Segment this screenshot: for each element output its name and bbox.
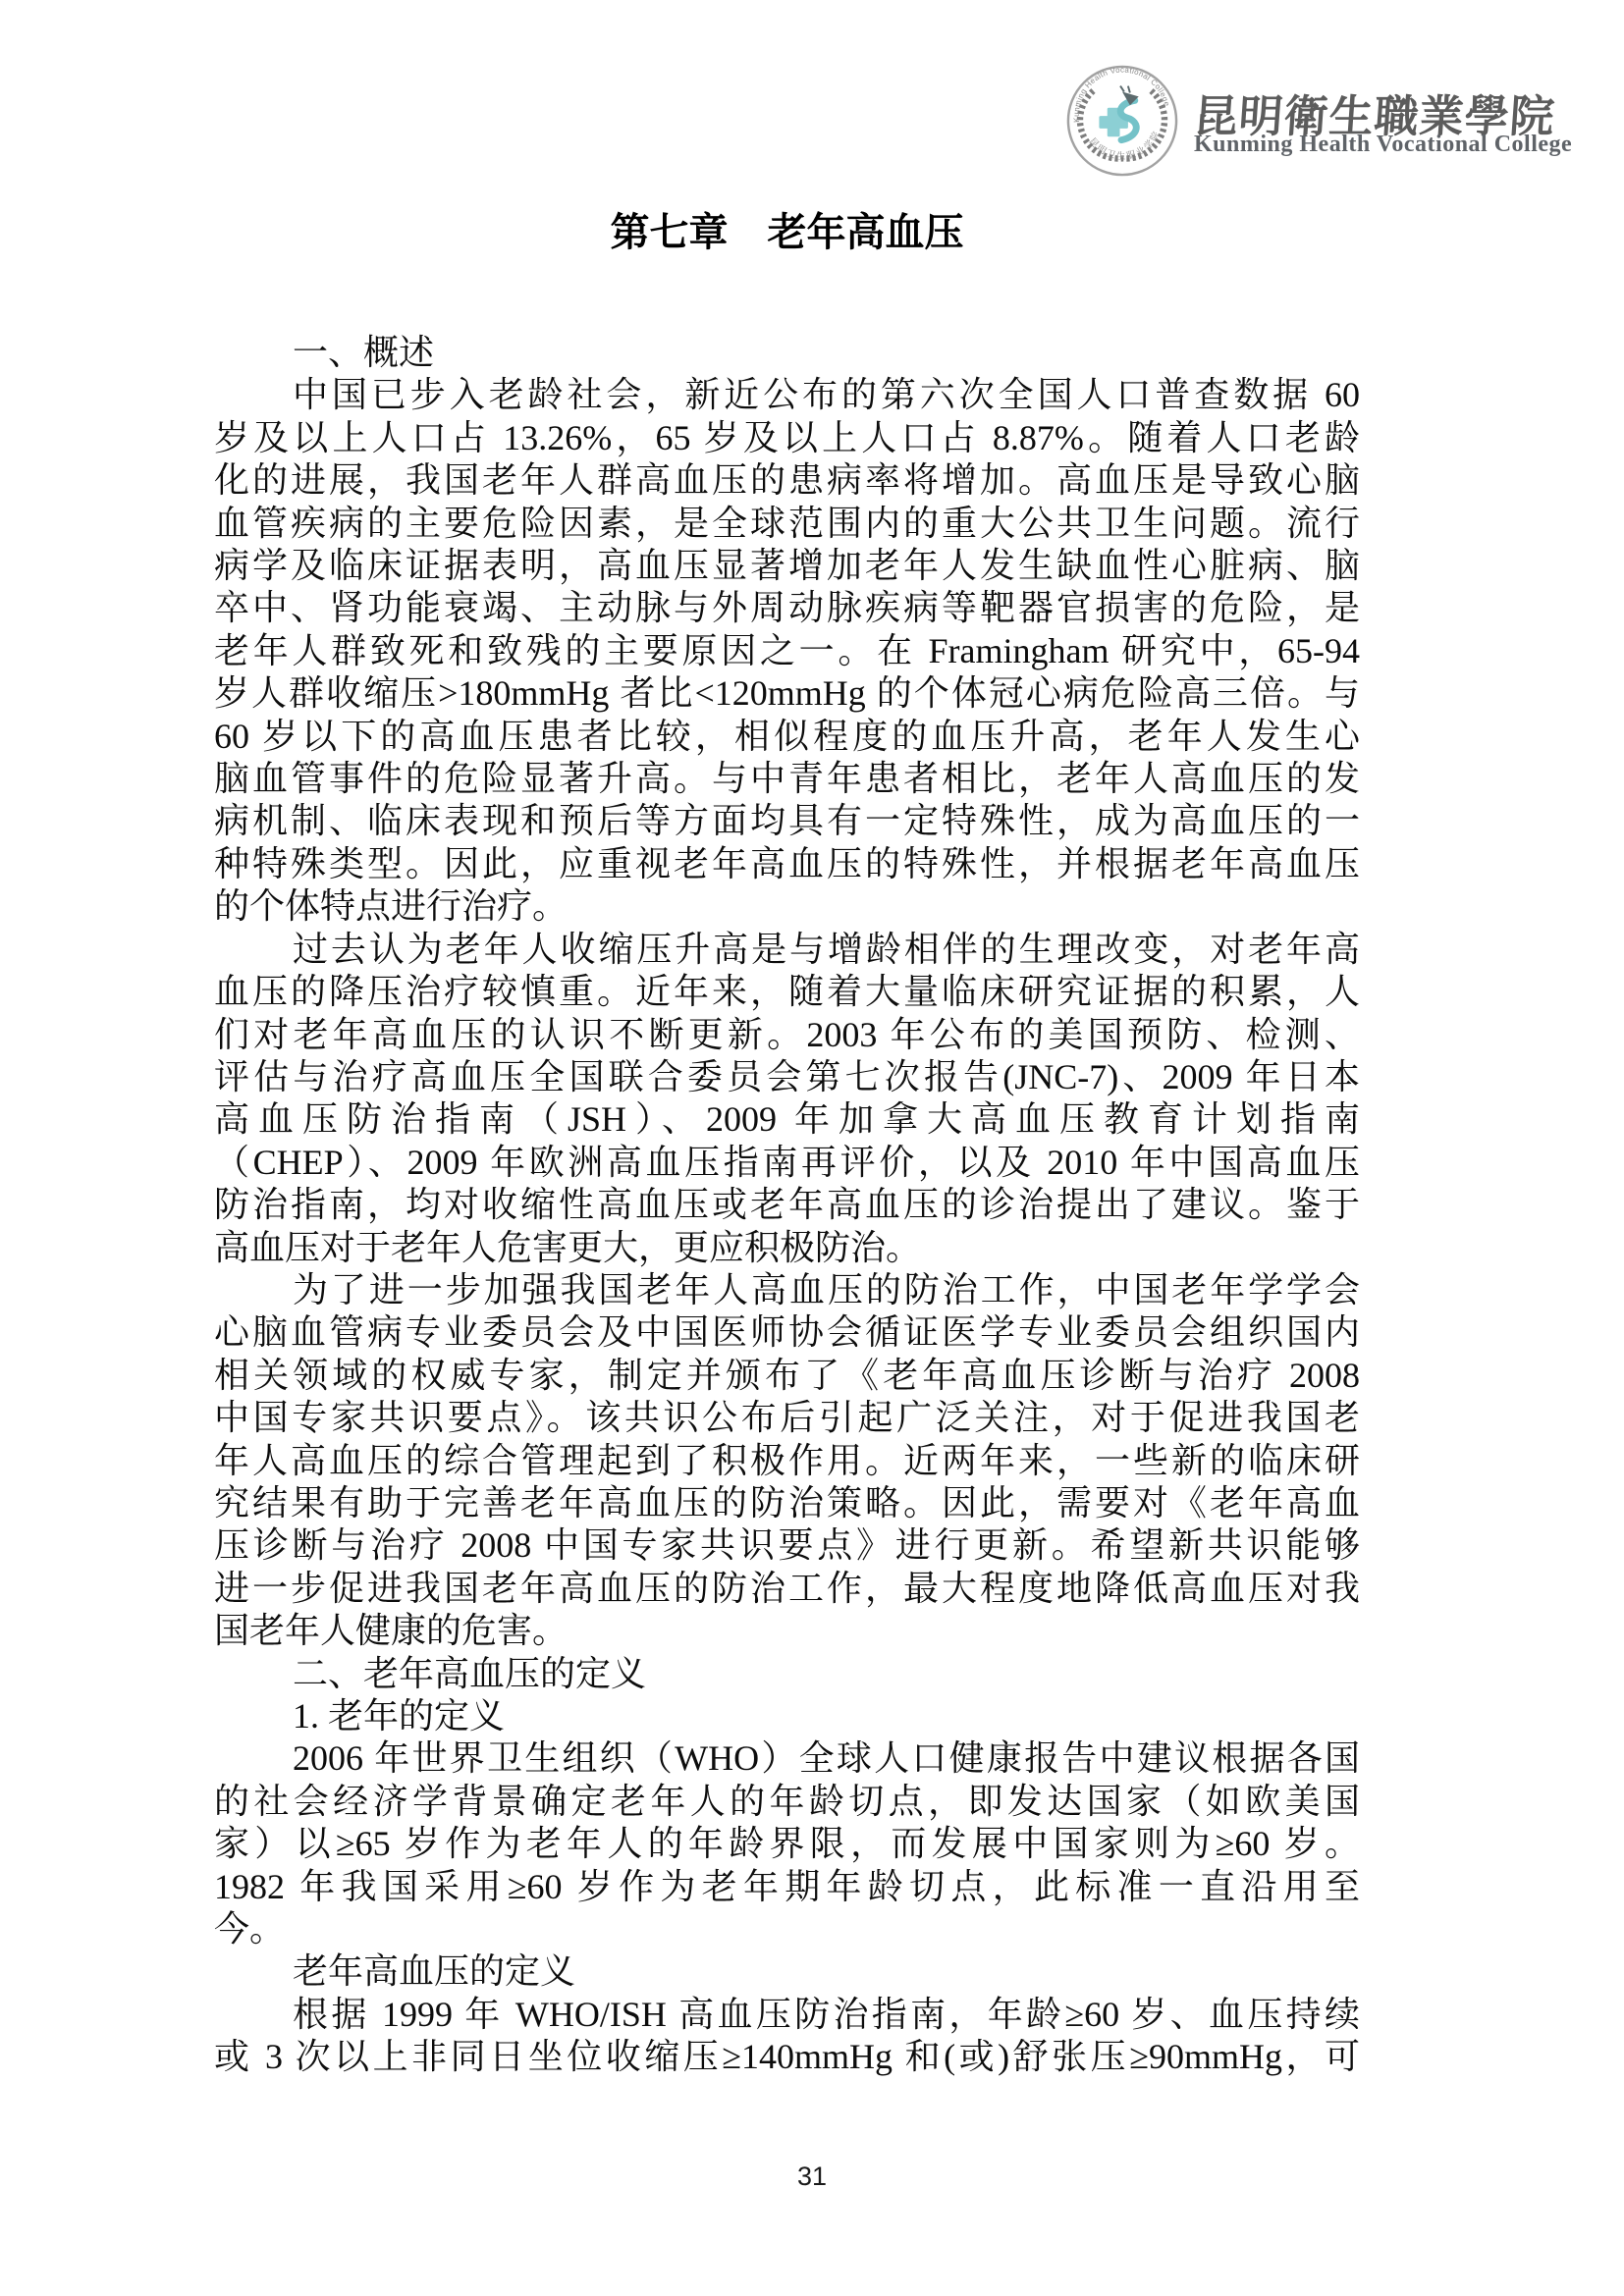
- text-line: 高血压防治指南（JSH）、2009 年加拿大高血压教育计划指南: [214, 1098, 1360, 1141]
- text-line: 年人高血压的综合管理起到了积极作用。近两年来，一些新的临床研: [214, 1440, 1360, 1482]
- text-line: 防治指南，均对收缩性高血压或老年高血压的诊治提出了建议。鉴于: [214, 1184, 1360, 1226]
- text-line: 1982 年我国采用≥60 岁作为老年期年龄切点，此标准一直沿用至: [214, 1866, 1360, 1908]
- text-line: 化的进展，我国老年人群高血压的患病率将增加。高血压是导致心脑: [214, 459, 1360, 502]
- text-line: 病学及临床证据表明，高血压显著增加老年人发生缺血性心脏病、脑: [214, 545, 1360, 587]
- text-line: 压诊断与治疗 2008 中国专家共识要点》进行更新。希望新共识能够: [214, 1524, 1360, 1567]
- text-line: 2006 年世界卫生组织（WHO）全球人口健康报告中建议根据各国: [214, 1737, 1360, 1780]
- text-line: 中国已步入老龄社会，新近公布的第六次全国人口普查数据 60: [214, 374, 1360, 416]
- text-line: 过去认为老年人收缩压升高是与增龄相伴的生理改变，对老年高: [214, 929, 1360, 971]
- text-line: 为了进一步加强我国老年人高血压的防治工作，中国老年学学会: [214, 1269, 1360, 1311]
- text-line: 老年人群致死和致残的主要原因之一。在 Framingham 研究中，65-94: [214, 630, 1360, 672]
- section-heading: 二、老年高血压的定义: [214, 1653, 1360, 1695]
- text-line: 种特殊类型。因此，应重视老年高血压的特殊性，并根据老年高血压: [214, 843, 1360, 885]
- text-line: 的社会经济学背景确定老年人的年龄切点，即发达国家（如欧美国: [214, 1781, 1360, 1823]
- text-line: 家）以≥65 岁作为老年人的年龄界限，而发展中国家则为≥60 岁。: [214, 1823, 1360, 1865]
- text-line: 心脑血管病专业委员会及中国医师协会循证医学专业委员会组织国内: [214, 1311, 1360, 1354]
- document-page: Kunming Health Vocational College 昆明卫生职业…: [0, 0, 1624, 2296]
- text-line: 评估与治疗高血压全国联合委员会第七次报告(JNC-7)、2009 年日本: [214, 1056, 1360, 1098]
- text-line: 的个体特点进行治疗。: [214, 885, 1360, 928]
- text-line: 脑血管事件的危险显著升高。与中青年患者相比，老年人高血压的发: [214, 758, 1360, 800]
- college-seal-icon: Kunming Health Vocational College 昆明卫生职业…: [1064, 63, 1180, 179]
- section-heading: 一、概述: [214, 332, 1360, 374]
- document-body: 一、概述中国已步入老龄社会，新近公布的第六次全国人口普查数据 60岁及以上人口占…: [214, 332, 1360, 2079]
- text-line: 60 岁以下的高血压患者比较，相似程度的血压升高，老年人发生心: [214, 716, 1360, 758]
- section-heading: 老年高血压的定义: [214, 1950, 1360, 1993]
- text-line: 根据 1999 年 WHO/ISH 高血压防治指南，年龄≥60 岁、血压持续: [214, 1994, 1360, 2036]
- text-line: 究结果有助于完善老年高血压的防治策略。因此，需要对《老年高血: [214, 1482, 1360, 1524]
- text-line: （CHEP）、2009 年欧洲高血压指南再评价，以及 2010 年中国高血压: [214, 1142, 1360, 1184]
- text-line: 血管疾病的主要危险因素，是全球范围内的重大公共卫生问题。流行: [214, 503, 1360, 545]
- text-line: 或 3 次以上非同日坐位收缩压≥140mmHg 和(或)舒张压≥90mmHg，可: [214, 2036, 1360, 2078]
- text-line: 病机制、临床表现和预后等方面均具有一定特殊性，成为高血压的一: [214, 800, 1360, 842]
- section-heading: 1. 老年的定义: [214, 1695, 1360, 1737]
- page-number: 31: [0, 2162, 1624, 2192]
- text-line: 岁及以上人口占 13.26%，65 岁及以上人口占 8.87%。随着人口老龄: [214, 417, 1360, 459]
- chapter-title: 第七章 老年高血压: [214, 206, 1360, 259]
- text-line: 们对老年高血压的认识不断更新。2003 年公布的美国预防、检测、: [214, 1014, 1360, 1056]
- text-line: 国老年人健康的危害。: [214, 1610, 1360, 1652]
- college-logo: Kunming Health Vocational College 昆明卫生职业…: [1064, 59, 1585, 187]
- text-line: 今。: [214, 1908, 1360, 1950]
- text-line: 卒中、肾功能衰竭、主动脉与外周动脉疾病等靶器官损害的危险，是: [214, 587, 1360, 629]
- text-line: 岁人群收缩压>180mmHg 者比<120mmHg 的个体冠心病危险高三倍。与: [214, 672, 1360, 715]
- text-line: 血压的降压治疗较慎重。近年来，随着大量临床研究证据的积累，人: [214, 971, 1360, 1013]
- text-line: 中国专家共识要点》。该共识公布后引起广泛关注，对于促进我国老: [214, 1397, 1360, 1439]
- college-name-english: Kunming Health Vocational College: [1194, 132, 1606, 158]
- text-line: 相关领域的权威专家，制定并颁布了《老年高血压诊断与治疗 2008: [214, 1355, 1360, 1397]
- text-line: 高血压对于老年人危害更大，更应积极防治。: [214, 1227, 1360, 1269]
- text-line: 进一步促进我国老年高血压的防治工作，最大程度地降低高血压对我: [214, 1568, 1360, 1610]
